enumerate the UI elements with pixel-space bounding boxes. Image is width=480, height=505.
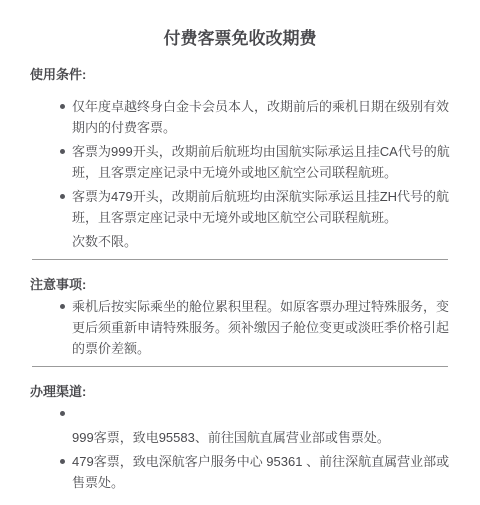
list-paragraph: 乘机后按实际乘坐的舱位累积里程。如原客票办理过特殊服务，变更后须重新申请特殊服务… xyxy=(72,296,450,359)
list-paragraph: 999客票，致电95583、前往国航直属营业部或售票处。 xyxy=(72,427,450,448)
usage-conditions-list: 仅年度卓越终身白金卡会员本人，改期前后的乘机日期在级别有效期内的付费客票。 客票… xyxy=(30,96,450,252)
list-paragraph: 客票为999开头，改期前后航班均由国航实际承运且挂CA代号的航班，且客票定座记录… xyxy=(72,141,450,183)
section-usage-conditions: 使用条件: 仅年度卓越终身白金卡会员本人，改期前后的乘机日期在级别有效期内的付费… xyxy=(30,64,450,252)
section-divider xyxy=(32,259,448,260)
bullet-icon xyxy=(60,304,65,309)
channels-list: 999客票，致电95583、前往国航直属营业部或售票处。 479客票，致电深航客… xyxy=(30,403,450,493)
bullet-icon xyxy=(60,459,65,464)
bullet-icon xyxy=(60,194,65,199)
empty-list-paragraph xyxy=(72,403,450,424)
list-paragraph: 479客票，致电深航客户服务中心 95361 、前往深航直属营业部或售票处。 xyxy=(72,451,450,493)
section-divider xyxy=(32,366,448,367)
list-paragraph: 次数不限。 xyxy=(72,231,450,252)
notes-list: 乘机后按实际乘坐的舱位累积里程。如原客票办理过特殊服务，变更后须重新申请特殊服务… xyxy=(30,296,450,359)
bullet-icon xyxy=(60,411,65,416)
section-channels: 办理渠道: 999客票，致电95583、前往国航直属营业部或售票处。 479客票… xyxy=(30,381,450,493)
list-item: 客票为999开头，改期前后航班均由国航实际承运且挂CA代号的航班，且客票定座记录… xyxy=(72,141,450,183)
notes-heading: 注意事项: xyxy=(30,274,450,295)
bullet-icon xyxy=(60,149,65,154)
list-item: 999客票，致电95583、前往国航直属营业部或售票处。 xyxy=(72,403,450,448)
list-item: 乘机后按实际乘坐的舱位累积里程。如原客票办理过特殊服务，变更后须重新申请特殊服务… xyxy=(72,296,450,359)
list-item: 客票为479开头，改期前后航班均由深航实际承运且挂ZH代号的航班，且客票定座记录… xyxy=(72,186,450,252)
list-paragraph: 仅年度卓越终身白金卡会员本人，改期前后的乘机日期在级别有效期内的付费客票。 xyxy=(72,96,450,138)
channels-heading: 办理渠道: xyxy=(30,381,450,402)
list-paragraph: 客票为479开头，改期前后航班均由深航实际承运且挂ZH代号的航班，且客票定座记录… xyxy=(72,186,450,228)
list-item: 479客票，致电深航客户服务中心 95361 、前往深航直属营业部或售票处。 xyxy=(72,451,450,493)
section-notes: 注意事项: 乘机后按实际乘坐的舱位累积里程。如原客票办理过特殊服务，变更后须重新… xyxy=(30,274,450,359)
document: 付费客票免收改期费 使用条件: 仅年度卓越终身白金卡会员本人，改期前后的乘机日期… xyxy=(0,0,480,493)
bullet-icon xyxy=(60,104,65,109)
usage-conditions-heading: 使用条件: xyxy=(30,64,450,85)
list-item: 仅年度卓越终身白金卡会员本人，改期前后的乘机日期在级别有效期内的付费客票。 xyxy=(72,96,450,138)
page-title: 付费客票免收改期费 xyxy=(30,27,450,51)
